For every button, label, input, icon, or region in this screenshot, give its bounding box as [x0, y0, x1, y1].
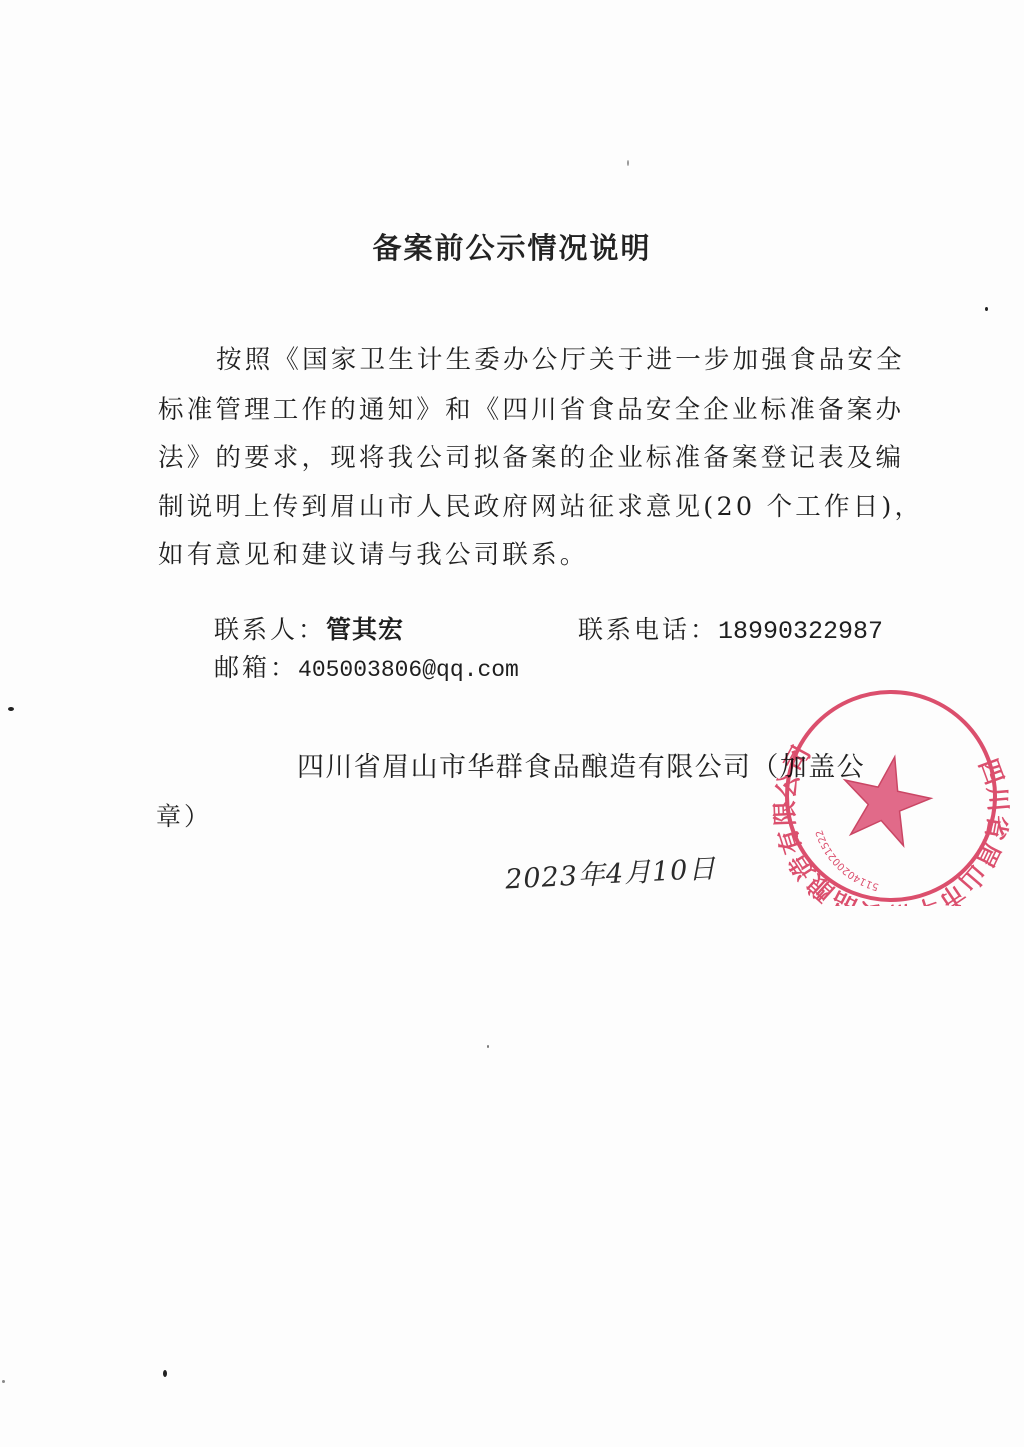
- scan-speck: [8, 707, 14, 711]
- document-title: 备案前公示情况说明: [0, 226, 1024, 267]
- seal-star-icon: [834, 748, 938, 849]
- scan-speck: [163, 1370, 167, 1377]
- contact-phone-number: 18990322987: [718, 617, 883, 646]
- contact-phone-label: 联系电话：: [578, 615, 718, 644]
- document-page: 备案前公示情况说明 按照《国家卫生计生委办公厅关于进一步加强食品安全 标准管理工…: [0, 0, 1024, 1447]
- scan-speck: [2, 1380, 5, 1383]
- contact-email: 邮箱：405003806@qq.com: [214, 648, 519, 684]
- contact-email-address: 405003806@qq.com: [298, 657, 519, 683]
- body-line-3: 法》的要求，现将我公司拟备案的企业标准备案登记表及编: [158, 438, 904, 474]
- scan-speck: [627, 160, 629, 166]
- company-seal-stamp: 四川省眉山市华群食品酿造有限公司 5114020021522: [768, 686, 1014, 906]
- contact-person-label: 联系人：: [214, 615, 326, 644]
- seal-note-end: 章）: [156, 797, 212, 833]
- scan-speck: [487, 1045, 489, 1048]
- body-line-2: 标准管理工作的通知》和《四川省食品安全企业标准备案办: [158, 390, 904, 426]
- body-line-1: 按照《国家卫生计生委办公厅关于进一步加强食品安全: [216, 340, 905, 376]
- contact-person: 联系人：管其宏: [214, 610, 404, 646]
- scan-speck: [985, 307, 988, 311]
- body-line-4: 制说明上传到眉山市人民政府网站征求意见(20 个工作日)，: [158, 487, 923, 523]
- company-name: 四川省眉山市华群食品酿造有限公司: [297, 752, 751, 783]
- handwritten-date: 2023年4月10日: [504, 846, 717, 896]
- contact-phone: 联系电话：18990322987: [578, 610, 883, 646]
- body-line-5: 如有意见和建议请与我公司联系。: [158, 535, 589, 571]
- contact-person-name: 管其宏: [326, 615, 404, 644]
- contact-email-label: 邮箱：: [214, 653, 298, 682]
